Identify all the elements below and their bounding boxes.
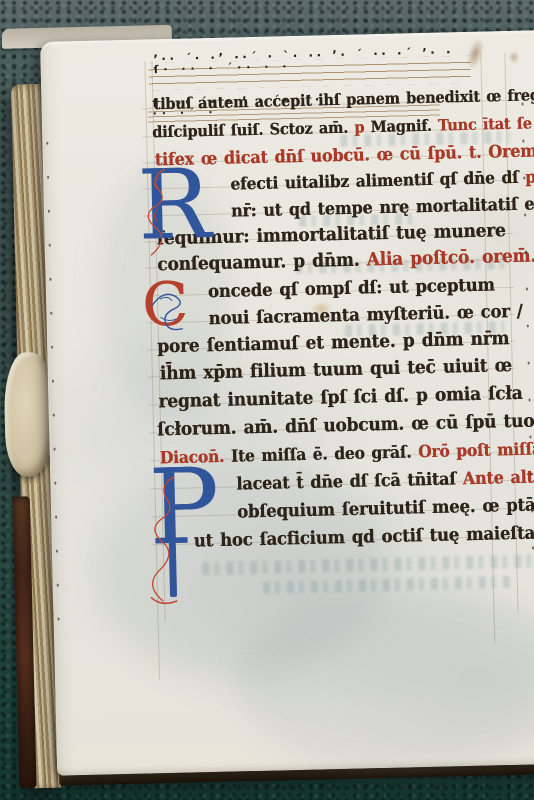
prick-mark — [530, 472, 532, 475]
prick-mark — [528, 398, 530, 401]
manuscript-book: ʼ∙∙ ˊ∙ ∙ʼ ∙∙ˊ ∙ ˋ∙ ∙∙ ʼ∙ ˊ ∙∙ ∙ˊ ʼ∙ ∙ ſ∙… — [0, 0, 534, 800]
prick-mark — [529, 435, 531, 438]
text-line: oncede qſ ompſ dſ: ut pceptum — [208, 274, 495, 301]
text-segment: Ite miſſa ē. deo grāſ. — [231, 441, 419, 466]
prick-mark — [522, 103, 524, 106]
text-line: tifex œ dicat dn̄ſ uobcū. œ cū ſpū. t. O… — [155, 140, 534, 170]
prick-mark — [58, 618, 60, 621]
text-line: efecti uitalibz alimentiſ qſ dn̄e dſ p c… — [230, 166, 534, 194]
prick-mark — [48, 210, 50, 213]
text-segment: efecti uitalibz alimentiſ qſ dn̄e dſ — [230, 167, 525, 194]
prick-mark — [524, 213, 526, 216]
prick-mark — [525, 250, 527, 253]
prick-mark — [49, 244, 51, 247]
penwork-flourish-icon — [135, 165, 175, 262]
prick-mark — [55, 516, 57, 519]
text-line: regnat inunitate ſpſ ſci dſ. p omia ſcła — [158, 383, 522, 413]
prick-mark — [528, 361, 530, 364]
prick-mark — [57, 584, 59, 587]
prick-mark — [531, 509, 533, 512]
neume-marks: ſ∙ ∙∙ ∙ ˊ∙∙ ∙ ∙ — [153, 60, 291, 76]
prick-mark — [51, 346, 53, 349]
text-line: ſcłorum. am̄. dn̄ſ uobcum. œ cū ſpū tuo. — [157, 410, 534, 441]
text-line: nr̄: ut qd tempe nrę mortalitatiſ ex ∕ — [231, 193, 534, 221]
text-segment: oncede qſ ompſ dſ: ut pceptum — [208, 274, 495, 301]
stain — [508, 51, 519, 64]
penwork-flourish-icon — [146, 280, 195, 333]
prick-mark — [526, 287, 528, 290]
text-segment: tifex œ dicat dn̄ſ uobcū. œ cū ſpū. t. O… — [155, 140, 534, 170]
prick-mark — [54, 448, 56, 451]
prick-mark — [54, 482, 56, 485]
prick-mark — [50, 278, 52, 281]
stain — [464, 36, 487, 71]
prick-mark — [50, 312, 52, 315]
music-staff: ʼ∙∙ ˊ∙ ∙ʼ ∙∙ˊ ∙ ˋ∙ ∙∙ ʼ∙ ˊ ∙∙ ∙ˊ ʼ∙ ∙ ſ∙… — [148, 56, 471, 91]
prick-mark — [46, 142, 48, 145]
text-segment: p cō. — [525, 166, 534, 188]
text-segment: diſcipuliſ ſuiſ. Sctoz am̄. — [152, 119, 355, 142]
text-segment: regnat inunitate ſpſ ſci dſ. p omia ſcła — [158, 383, 522, 413]
manuscript-page: ʼ∙∙ ˊ∙ ∙ʼ ∙∙ˊ ∙ ˋ∙ ∙∙ ʼ∙ ˊ ∙∙ ∙ˊ ʼ∙ ∙ ſ∙… — [40, 28, 534, 776]
text-segment: Alia poſtcō. orem̄. — [366, 245, 534, 271]
text-segment: nr̄: ut qd tempe nrę mortalitatiſ ex ∕ — [231, 193, 534, 221]
text-segment: ſcłorum. am̄. dn̄ſ uobcum. œ cū ſpū tuo. — [157, 410, 534, 441]
text-segment: p — [354, 118, 371, 137]
prick-mark — [527, 324, 529, 327]
prick-mark — [56, 550, 58, 553]
text-segment: Orō poſt miſſā — [418, 438, 534, 461]
penwork-flourish-icon — [142, 471, 185, 612]
prick-mark — [523, 177, 525, 180]
prick-mark — [52, 380, 54, 383]
text-segment: Magnif. — [370, 117, 438, 137]
prick-mark — [47, 176, 49, 179]
prick-mark — [522, 140, 524, 143]
text-segment: Ante altare — [462, 466, 534, 489]
prick-mark — [53, 414, 55, 417]
text-segment: Tunc ītat ſe pon ∕ — [438, 113, 534, 135]
text-segment: laceat t̄ dn̄e dſ ſcā tn̄itaſ — [236, 468, 463, 494]
